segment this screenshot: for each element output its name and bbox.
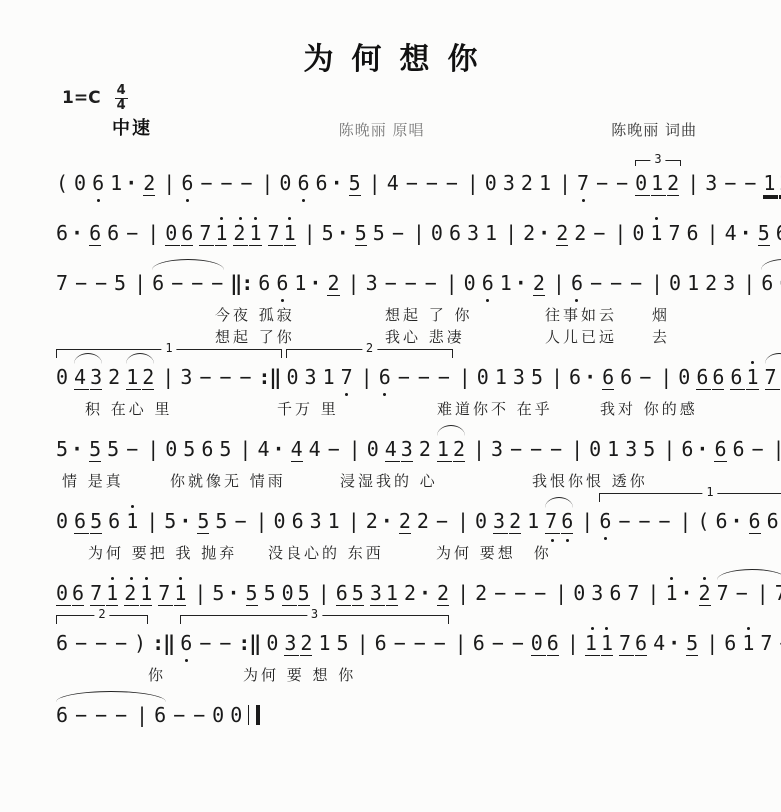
dotted-note-dot: · [776, 271, 781, 295]
note: 5 [531, 365, 543, 389]
dotted-note-dot: · [668, 631, 680, 655]
dotted-note-dot: · [538, 221, 550, 245]
note: 3 [705, 171, 717, 195]
note: 4 [291, 437, 303, 462]
barline: | [457, 509, 469, 533]
note: 6 [776, 221, 781, 245]
note: 3 [467, 221, 479, 245]
note: 3 [493, 509, 508, 534]
sheet-music-page: 为何想你 1=C44 中速 陈晚丽 原唱 陈晚丽 词曲 (061·2|6−−−|… [0, 0, 781, 812]
note: 0 [367, 437, 379, 461]
lyric-segment: 我心 悲凄 [385, 326, 465, 347]
repeat-end-sign: :‖ [152, 631, 174, 655]
lyric-segment: 你 [148, 664, 166, 685]
note: 6 [696, 365, 711, 390]
barline: | [304, 221, 316, 245]
barline: | [706, 631, 718, 655]
slur-tie-arc [152, 259, 224, 270]
note: 6 [276, 271, 288, 295]
note: 3 [284, 631, 299, 656]
barline: | [581, 509, 593, 533]
sustain-dash: − [210, 271, 224, 295]
slur-tie-arc [437, 425, 465, 436]
notation-line: 6·66−|06712171|5·55−|0631|2·22−|0176|4·5… [0, 204, 781, 254]
final-barline [248, 705, 260, 725]
sustain-dash: − [190, 271, 204, 295]
note: 1 [500, 271, 512, 295]
sustain-dash: − [513, 581, 527, 605]
note: 6 [336, 581, 351, 606]
dotted-note-dot: · [731, 509, 743, 533]
lyric-segment: 想起 了你 [215, 326, 295, 347]
dotted-note-dot: · [419, 581, 431, 605]
note: 1 [585, 631, 600, 656]
note: 5 [114, 271, 126, 295]
bracket-label: 1 [161, 342, 176, 354]
note: 3 [90, 365, 102, 390]
note: 2 [523, 221, 535, 245]
note: 0 [573, 581, 585, 605]
note: 3 [366, 271, 378, 295]
sustain-dash: − [595, 171, 609, 195]
note: 6 [56, 631, 68, 655]
sustain-dash: − [94, 703, 108, 727]
sustain-dash: − [94, 631, 108, 655]
sustain-dash: − [617, 509, 631, 533]
note: 6 [714, 437, 726, 462]
note: 5 [219, 437, 231, 461]
barline: | [369, 171, 381, 195]
note: 6 [74, 509, 89, 534]
note: 6 [181, 171, 193, 195]
barline: | [551, 365, 563, 389]
note: 3 [723, 271, 735, 295]
lyric-segment: 往事如云 [545, 304, 617, 325]
sustain-dash: − [198, 365, 212, 389]
sustain-dash: − [74, 703, 88, 727]
barline: | [446, 271, 458, 295]
note: 1 [601, 631, 613, 656]
note: 7 [717, 581, 729, 605]
sustain-dash: − [735, 581, 749, 605]
sustain-dash: − [425, 171, 439, 195]
sustain-dash: − [533, 581, 547, 605]
sustain-dash: − [74, 631, 88, 655]
triplet-bracket: 3 [635, 160, 681, 166]
note: 2 [521, 171, 533, 195]
note: 5 [164, 509, 176, 533]
notation-line: 06561|5·55−|0631|2·22−|032176|6−−−|(6·66… [0, 492, 781, 542]
lyric-segment: 你就像无 情雨 [170, 470, 286, 491]
note: 6 [180, 631, 192, 655]
lyric-segment: 难道你不 在乎 [437, 398, 553, 419]
sustain-dash: − [404, 271, 418, 295]
sustain-dash: − [239, 171, 253, 195]
barline: | [455, 631, 467, 655]
lyric-segment: 想起 了 你 [385, 304, 473, 325]
barline: | [553, 271, 565, 295]
time-denominator: 4 [115, 98, 128, 113]
note: 0 [212, 703, 224, 727]
note: 6 [749, 509, 761, 534]
barline: | [147, 221, 159, 245]
barline: | [757, 581, 769, 605]
note: 5 [686, 631, 698, 656]
barline: | [162, 365, 174, 389]
note: 6 [724, 631, 736, 655]
note: 3 [305, 365, 317, 389]
sustain-dash: − [445, 171, 459, 195]
note: 3 [180, 365, 192, 389]
note: 1 [323, 365, 335, 389]
note: 5 [373, 221, 385, 245]
sustain-dash: − [391, 221, 405, 245]
note: 2 [533, 271, 545, 296]
note: 0 [632, 221, 644, 245]
note: 6 [92, 171, 104, 195]
note: 6 [571, 271, 583, 295]
note: 4 [387, 171, 399, 195]
sustain-dash: − [218, 631, 232, 655]
lyrics-row: 积 在心 里千万 里难道你不 在乎我对 你的感 [0, 398, 781, 420]
notation-line: 5·55−|0565|4·44−|043212|3−−−|0135|6·66−| [0, 420, 781, 470]
bracket-label: 3 [307, 608, 322, 620]
lyric-segment: 积 在心 里 [85, 398, 173, 419]
sustain-dash: − [437, 365, 451, 389]
barline: | [663, 437, 675, 461]
note: 7 [199, 221, 214, 246]
note: 5 [337, 631, 349, 655]
note: 4 [385, 437, 400, 462]
note: 6 [733, 437, 745, 461]
lyric-segment: 情 是真 [62, 470, 124, 491]
lyrics-row: 情 是真你就像无 情雨浸湿我的 心我恨你恨 透你 [0, 470, 781, 492]
dotted-note-dot: · [696, 437, 708, 461]
sustain-dash: − [435, 509, 449, 533]
sustain-dash: − [529, 437, 543, 461]
slur-tie-arc [56, 691, 166, 702]
dotted-note-dot: · [71, 221, 83, 245]
key-time-row: 1=C44 [0, 84, 781, 114]
sustain-dash: − [199, 171, 213, 195]
note: 2 [108, 365, 120, 389]
note: 5 [90, 509, 102, 534]
note: 5 [246, 581, 258, 606]
note: 2 [437, 581, 449, 606]
sustain-dash: − [327, 437, 341, 461]
note: 7 [775, 581, 781, 605]
key-signature: 1=C [62, 88, 101, 108]
parenthesis: ( [697, 509, 709, 533]
note: 0 [165, 437, 177, 461]
notation-line: (061·2|6−−−|066·5|4−−−|0321|7−−012|3−−12… [0, 154, 781, 204]
sustain-dash: − [94, 271, 108, 295]
note: 1 [140, 581, 152, 606]
sustain-dash: − [491, 631, 505, 655]
note: 6 [482, 271, 494, 295]
note: 1 [318, 631, 330, 655]
note: 5 [212, 581, 224, 605]
note: 5 [352, 581, 364, 606]
lyrics-row: 你为何 要 想 你 [0, 664, 781, 686]
barline: | [348, 271, 360, 295]
barline: | [239, 437, 251, 461]
note: 6 [72, 581, 84, 606]
note: 2 [327, 271, 339, 296]
note: 5 [355, 221, 367, 246]
lyric-segment: 人儿已远 [545, 326, 617, 347]
note: 3 [513, 365, 525, 389]
note: 1 [650, 221, 662, 245]
note: 0 [230, 703, 242, 727]
note: 5 [298, 581, 310, 606]
note: 7 [268, 221, 283, 246]
note: 5 [643, 437, 655, 461]
note: 2 [475, 581, 487, 605]
note: 2 [143, 171, 155, 196]
note: 6 [569, 365, 581, 389]
note: 1 [665, 581, 677, 605]
note: 1 [386, 581, 398, 606]
sustain-dash: − [609, 271, 623, 295]
sustain-dash: − [509, 437, 523, 461]
note: 0 [485, 171, 497, 195]
note: 6 [767, 509, 779, 533]
note: 0 [475, 509, 487, 533]
note: 6 [56, 703, 68, 727]
note: 1 [126, 509, 138, 533]
sustain-dash: − [424, 271, 438, 295]
time-signature: 44 [115, 84, 128, 112]
dotted-note-dot: · [331, 171, 343, 195]
note: 7 [619, 631, 634, 656]
dotted-note-dot: · [71, 437, 83, 461]
sustain-dash: − [433, 631, 447, 655]
note: 3 [591, 581, 603, 605]
note: 1 [527, 509, 539, 533]
sustain-dash: − [405, 171, 419, 195]
sustain-dash: − [629, 271, 643, 295]
barline: | [571, 437, 583, 461]
note: 0 [635, 171, 650, 196]
note: 6 [108, 509, 120, 533]
note: 6 [107, 221, 119, 245]
lyrics-row: 想起 了你我心 悲凄人儿已远去 [0, 326, 781, 348]
note: 5 [107, 437, 119, 461]
notation-line: 6−−−|6−−00 [0, 686, 781, 736]
dotted-note-dot: · [309, 271, 321, 295]
note: 2 [300, 631, 312, 656]
bracket-label: 2 [94, 608, 109, 620]
barline: | [349, 437, 361, 461]
lyric-segment: 今夜 孤寂 [215, 304, 295, 325]
barline: | [660, 365, 672, 389]
notation-line: 043212|3−−−:‖0317|6−−−|0135|6·66−|066617… [0, 348, 781, 398]
parenthesis: ) [134, 631, 146, 655]
note: 6 [292, 509, 304, 533]
note: 0 [464, 271, 476, 295]
notation-line: 7−−5|6−−−‖:661·2|3−−−|061·2|6−−−|0123|6·… [0, 254, 781, 304]
note: 3 [491, 437, 503, 461]
bracket-label: 2 [362, 342, 377, 354]
note: 3 [401, 437, 413, 462]
slur-tie-arc [717, 569, 781, 580]
note: 2 [509, 509, 521, 534]
note: 6 [761, 271, 773, 295]
dotted-note-dot: · [584, 365, 596, 389]
note: 2 [699, 581, 711, 606]
barline: | [134, 271, 146, 295]
note: 6 [712, 365, 724, 390]
lyrics-row: 为何 要把 我 抛弃没良心的 东西为何 要想 你 [0, 542, 781, 564]
note: 6 [547, 631, 559, 656]
sustain-dash: − [125, 221, 139, 245]
page-title: 为何想你 [0, 34, 781, 78]
note: 1 [110, 171, 122, 195]
barline: | [567, 631, 579, 655]
barline: | [743, 271, 755, 295]
sustain-dash: − [413, 631, 427, 655]
note: 6 [154, 703, 166, 727]
note: 1 [215, 221, 227, 246]
barline: | [255, 509, 267, 533]
sustain-dash: − [393, 631, 407, 655]
sustain-dash: − [170, 271, 184, 295]
note: 0 [56, 365, 68, 389]
note: 0 [74, 171, 86, 195]
note: 6 [620, 365, 632, 389]
note: 2 [366, 509, 378, 533]
note: 6 [635, 631, 647, 656]
note: 3 [370, 581, 385, 606]
tempo-marking: 中速 [112, 114, 152, 140]
dotted-note-dot: · [273, 437, 285, 461]
note: 6 [681, 437, 693, 461]
note: 7 [341, 365, 353, 389]
sustain-dash: − [192, 703, 206, 727]
note: 2 [556, 221, 568, 246]
sustain-dash: − [743, 171, 757, 195]
note: 0 [274, 509, 286, 533]
sustain-dash: − [74, 271, 88, 295]
note: 0 [279, 171, 291, 195]
note: 1 [126, 365, 141, 390]
slur-tie-arc [761, 259, 781, 270]
note: 1 [328, 509, 340, 533]
note: 0 [589, 437, 601, 461]
sustain-dash: − [384, 271, 398, 295]
barline: | [559, 171, 571, 195]
note: 6 [602, 365, 614, 390]
sustain-dash: − [218, 365, 232, 389]
lyric-segment: 为何 要 想 你 [243, 664, 356, 685]
sustain-dash: − [493, 581, 507, 605]
sustain-dash: − [549, 437, 563, 461]
note: 2 [419, 437, 431, 461]
dotted-note-dot: · [681, 581, 693, 605]
barline: | [163, 171, 175, 195]
note: 0 [477, 365, 489, 389]
note: 6 [56, 221, 68, 245]
note: 6 [258, 271, 270, 295]
note: 4 [725, 221, 737, 245]
note: 2 [574, 221, 586, 245]
sustain-dash: − [219, 171, 233, 195]
sustain-dash: − [114, 703, 128, 727]
sustain-dash: − [637, 509, 651, 533]
dotted-note-dot: · [381, 509, 393, 533]
lyric-segment: 去 [652, 326, 670, 347]
note: 1 [437, 437, 452, 462]
volta-bracket: 2 [56, 615, 148, 624]
barline: | [707, 221, 719, 245]
note: 4 [653, 631, 665, 655]
barline: | [318, 581, 330, 605]
note: 2 [404, 581, 416, 605]
note: 6 [599, 509, 611, 533]
volta-bracket: 1 [599, 493, 781, 502]
barline: | [136, 703, 148, 727]
note: 7 [668, 221, 680, 245]
score-area: (061·2|6−−−|066·5|4−−−|0321|7−−012|3−−12… [0, 150, 781, 736]
barline: | [679, 509, 691, 533]
note: 6 [473, 631, 485, 655]
barline: | [651, 271, 663, 295]
note: 2 [124, 581, 139, 606]
note: 0 [678, 365, 690, 389]
slur-tie-arc [765, 353, 781, 364]
composer-credit: 陈晚丽 词曲 [611, 119, 697, 140]
time-numerator: 4 [117, 84, 126, 98]
note: 1 [294, 271, 306, 295]
barline: | [348, 509, 360, 533]
barline: | [473, 437, 485, 461]
sustain-dash: − [114, 631, 128, 655]
note: 1 [485, 221, 497, 245]
note: 2 [142, 365, 154, 390]
note: 0 [431, 221, 443, 245]
lyric-segment: 为何 要把 我 抛弃 [88, 542, 237, 563]
barline: | [773, 437, 781, 461]
lyrics-row: 今夜 孤寂想起 了 你往事如云烟 [0, 304, 781, 326]
note: 0 [282, 581, 297, 606]
bracket-label: 3 [650, 153, 665, 165]
note: 6 [609, 581, 621, 605]
note: 6 [375, 631, 387, 655]
note: 0 [286, 365, 298, 389]
note: 1 [539, 171, 551, 195]
sustain-dash: − [125, 437, 139, 461]
barline: | [555, 581, 567, 605]
note: 1 [495, 365, 507, 389]
note: 7 [90, 581, 105, 606]
note: 7 [158, 581, 173, 606]
note: 0 [531, 631, 546, 656]
note: 1 [174, 581, 186, 606]
barline: | [467, 171, 479, 195]
lyric-segment: 千万 里 [277, 398, 339, 419]
dotted-note-dot: · [125, 171, 137, 195]
sustain-dash: − [238, 365, 252, 389]
volta-bracket: 3 [180, 615, 449, 624]
lyric-segment: 为何 要想 你 [436, 542, 552, 563]
lyric-segment: 浸湿我的 心 [340, 470, 438, 491]
bracket-label: 1 [702, 486, 717, 498]
sustain-dash: − [592, 221, 606, 245]
note: 5 [264, 581, 276, 605]
note: 2 [453, 437, 465, 462]
note: 6 [89, 221, 101, 246]
